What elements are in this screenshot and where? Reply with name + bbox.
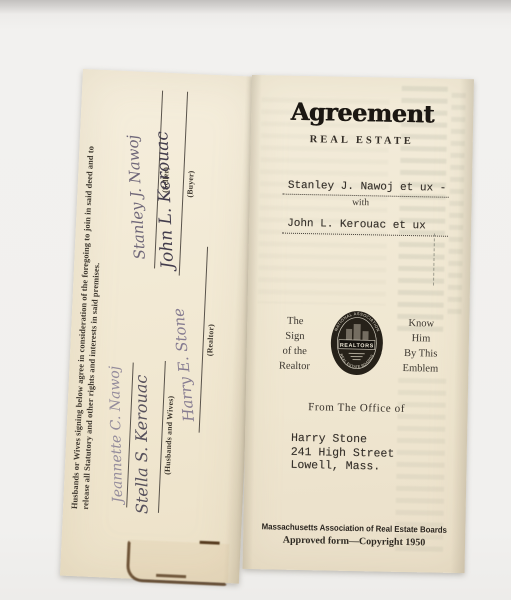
realtor-label: (Realtor) [202,247,219,433]
photo-top-shade [0,0,511,14]
seal-center-text: REALTORS [340,343,374,350]
tape-stain-mark [126,540,230,587]
signature-buyer: John L. Kerouac [152,131,178,269]
caption-line: of the [259,343,331,359]
caption-line: By This [385,346,457,362]
caption-line: Realtor [258,358,330,374]
buyer-label: (Buyer) [182,92,199,276]
office-name: Harry Stone [291,432,395,447]
caption-line: The [259,313,331,329]
caption-line: Him [385,331,457,347]
sign-of-realtor-caption: The Sign of the Realtor [258,313,331,374]
office-address: Harry Stone 241 High Street Lowell, Mass… [290,432,394,474]
caption-line: Sign [259,328,331,344]
signature-seller: Stanley J. Nawoj [124,134,149,260]
left-page: Husbands or Wives signing below agree in… [60,69,262,584]
office-city: Lowell, Mass. [290,459,394,474]
caption-line: Emblem [384,361,456,377]
realtor-seal: NATIONAL ASSOCIATION REAL ESTATE BOARDS … [328,309,385,378]
signature-wife1: Jeannette C. Nawoj [107,366,126,503]
clause-text: Husbands or Wives signing below agree in… [70,87,110,510]
know-him-caption: Know Him By This Emblem [384,316,457,377]
signature-wife2: Stella S. Kerouac [132,375,152,514]
caption-line: Know [385,316,457,332]
cover-title: Agreement [251,96,474,129]
photo-backdrop: Husbands or Wives signing below agree in… [0,0,511,600]
right-page-cover: Agreement REAL ESTATE Stanley J. Nawoj e… [243,75,474,573]
rotated-signature-section: Husbands or Wives signing below agree in… [67,83,258,564]
